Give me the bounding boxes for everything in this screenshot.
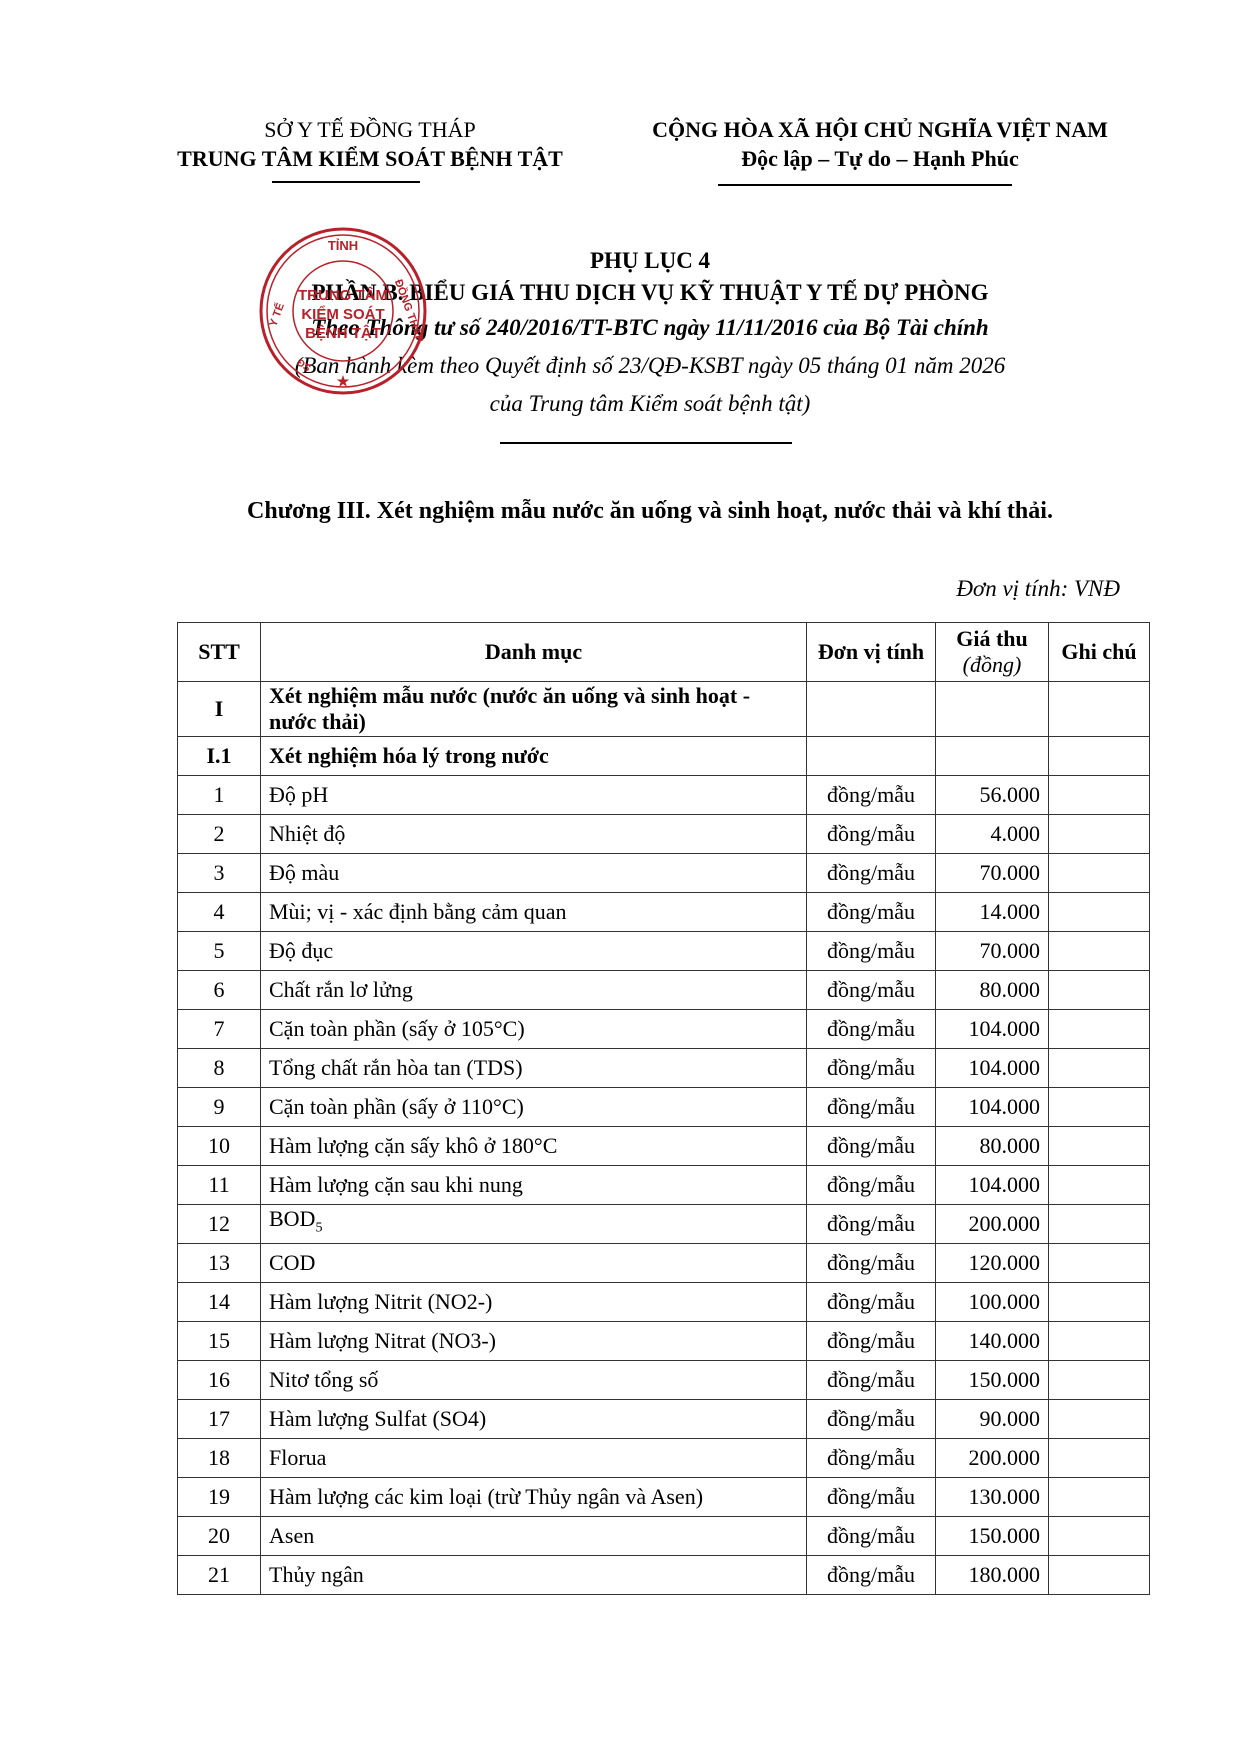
- row-name: Asen: [261, 1517, 807, 1556]
- col-unit: Đơn vị tính: [807, 623, 936, 682]
- row-stt: 5: [178, 932, 261, 971]
- table-row: 14Hàm lượng Nitrit (NO2-)đồng/mẫu100.000: [178, 1283, 1150, 1322]
- row-note: [1049, 1478, 1150, 1517]
- row-note: [1049, 1517, 1150, 1556]
- row-unit: đồng/mẫu: [807, 1439, 936, 1478]
- row-price: 70.000: [936, 854, 1049, 893]
- col-name: Danh mục: [261, 623, 807, 682]
- row-note: [1049, 776, 1150, 815]
- row-name: Độ màu: [261, 854, 807, 893]
- table-row: 9Cặn toàn phần (sấy ở 110°C)đồng/mẫu104.…: [178, 1088, 1150, 1127]
- issuing-agency: SỞ Y TẾ ĐỒNG THÁP TRUNG TÂM KIỂM SOÁT BỆ…: [120, 116, 620, 174]
- row-stt: 12: [178, 1205, 261, 1244]
- row-name: Cặn toàn phần (sấy ở 110°C): [261, 1088, 807, 1127]
- row-note: [1049, 1010, 1150, 1049]
- row-stt: 21: [178, 1556, 261, 1595]
- table-row: 11Hàm lượng cặn sau khi nungđồng/mẫu104.…: [178, 1166, 1150, 1205]
- row-price: 4.000: [936, 815, 1049, 854]
- row-unit: đồng/mẫu: [807, 1478, 936, 1517]
- row-unit: đồng/mẫu: [807, 1088, 936, 1127]
- motto: Độc lập – Tự do – Hạnh Phúc: [610, 144, 1150, 174]
- row-stt: 17: [178, 1400, 261, 1439]
- row-price: 104.000: [936, 1166, 1049, 1205]
- row-name: BOD5: [261, 1205, 807, 1244]
- row-price: 80.000: [936, 1127, 1049, 1166]
- row-unit: đồng/mẫu: [807, 1517, 936, 1556]
- row-unit: đồng/mẫu: [807, 776, 936, 815]
- row-unit: đồng/mẫu: [807, 1010, 936, 1049]
- row-name: Hàm lượng Nitrit (NO2-): [261, 1283, 807, 1322]
- row-unit: đồng/mẫu: [807, 1322, 936, 1361]
- row-stt: 6: [178, 971, 261, 1010]
- row-stt: 4: [178, 893, 261, 932]
- row-unit: đồng/mẫu: [807, 854, 936, 893]
- row-name: Độ pH: [261, 776, 807, 815]
- svg-text:Y TẾ: Y TẾ: [266, 301, 287, 328]
- row-unit: đồng/mẫu: [807, 1556, 936, 1595]
- row-stt: 18: [178, 1439, 261, 1478]
- row-name: Tổng chất rắn hòa tan (TDS): [261, 1049, 807, 1088]
- row-price: 14.000: [936, 893, 1049, 932]
- motto-underline: [718, 184, 1012, 186]
- row-price: 104.000: [936, 1010, 1049, 1049]
- row-price: 150.000: [936, 1517, 1049, 1556]
- svg-text:BỆNH TẬT: BỆNH TẬT: [305, 324, 381, 342]
- table-row: 7Cặn toàn phần (sấy ở 105°C)đồng/mẫu104.…: [178, 1010, 1150, 1049]
- row-name: Florua: [261, 1439, 807, 1478]
- row-name: Nitơ tổng số: [261, 1361, 807, 1400]
- row-price: 104.000: [936, 1088, 1049, 1127]
- col-price: Giá thu(đồng): [936, 623, 1049, 682]
- table-header-row: STT Danh mục Đơn vị tính Giá thu(đồng) G…: [178, 623, 1150, 682]
- row-stt: 3: [178, 854, 261, 893]
- row-note: [1049, 1439, 1150, 1478]
- table-row: 19Hàm lượng các kim loại (trừ Thủy ngân …: [178, 1478, 1150, 1517]
- row-note: [1049, 932, 1150, 971]
- row-stt: 19: [178, 1478, 261, 1517]
- row-price: 180.000: [936, 1556, 1049, 1595]
- row-price: 104.000: [936, 1049, 1049, 1088]
- price-table: STT Danh mục Đơn vị tính Giá thu(đồng) G…: [177, 622, 1150, 1595]
- row-note: [1049, 1556, 1150, 1595]
- row-note: [1049, 1049, 1150, 1088]
- row-name: Hàm lượng Nitrat (NO3-): [261, 1322, 807, 1361]
- row-unit: đồng/mẫu: [807, 815, 936, 854]
- row-stt: 1: [178, 776, 261, 815]
- row-unit: đồng/mẫu: [807, 1166, 936, 1205]
- row-note: [1049, 815, 1150, 854]
- row-name: Thủy ngân: [261, 1556, 807, 1595]
- row-note: [1049, 1088, 1150, 1127]
- row-unit: đồng/mẫu: [807, 971, 936, 1010]
- row-unit: đồng/mẫu: [807, 1283, 936, 1322]
- row-name: COD: [261, 1244, 807, 1283]
- table-row: 17Hàm lượng Sulfat (SO4)đồng/mẫu90.000: [178, 1400, 1150, 1439]
- table-row: 20Asenđồng/mẫu150.000: [178, 1517, 1150, 1556]
- chapter-heading: Chương III. Xét nghiệm mẫu nước ăn uống …: [180, 494, 1120, 528]
- row-price: 100.000: [936, 1283, 1049, 1322]
- row-price: 56.000: [936, 776, 1049, 815]
- table-row: 2Nhiệt độđồng/mẫu4.000: [178, 815, 1150, 854]
- table-row: 21Thủy ngânđồng/mẫu180.000: [178, 1556, 1150, 1595]
- row-note: [1049, 1127, 1150, 1166]
- official-stamp: TỈNH Y TẾ ĐỒNG THÁP TRUNG TÂM KIỂM SOÁT …: [258, 226, 428, 396]
- svg-text:TỈNH: TỈNH: [328, 238, 358, 253]
- row-price: 130.000: [936, 1478, 1049, 1517]
- row-unit: đồng/mẫu: [807, 1244, 936, 1283]
- row-unit: đồng/mẫu: [807, 1400, 936, 1439]
- row-name: Hàm lượng Sulfat (SO4): [261, 1400, 807, 1439]
- table-row: 12BOD5đồng/mẫu200.000: [178, 1205, 1150, 1244]
- row-note: [1049, 1361, 1150, 1400]
- table-row: 3Độ màuđồng/mẫu70.000: [178, 854, 1150, 893]
- row-stt: 8: [178, 1049, 261, 1088]
- title-underline: [500, 442, 792, 444]
- row-unit: đồng/mẫu: [807, 1127, 936, 1166]
- table-row: 1Độ pHđồng/mẫu56.000: [178, 776, 1150, 815]
- row-stt: 9: [178, 1088, 261, 1127]
- national-motto: CỘNG HÒA XÃ HỘI CHỦ NGHĨA VIỆT NAM Độc l…: [610, 116, 1150, 174]
- row-stt: 20: [178, 1517, 261, 1556]
- svg-text:TRUNG TÂM: TRUNG TÂM: [298, 286, 388, 304]
- row-price: 70.000: [936, 932, 1049, 971]
- row-name: Mùi; vị - xác định bằng cảm quan: [261, 893, 807, 932]
- row-unit: đồng/mẫu: [807, 1361, 936, 1400]
- table-row: 4Mùi; vị - xác định bằng cảm quanđồng/mẫ…: [178, 893, 1150, 932]
- country-name: CỘNG HÒA XÃ HỘI CHỦ NGHĨA VIỆT NAM: [610, 116, 1150, 144]
- col-stt: STT: [178, 623, 261, 682]
- row-unit: đồng/mẫu: [807, 1205, 936, 1244]
- row-note: [1049, 1205, 1150, 1244]
- table-row: 13CODđồng/mẫu120.000: [178, 1244, 1150, 1283]
- department-name: SỞ Y TẾ ĐỒNG THÁP: [120, 116, 620, 144]
- table-row: 8Tổng chất rắn hòa tan (TDS)đồng/mẫu104.…: [178, 1049, 1150, 1088]
- row-price: 90.000: [936, 1400, 1049, 1439]
- agency-underline: [272, 181, 420, 183]
- table-row: 5Độ đụcđồng/mẫu70.000: [178, 932, 1150, 971]
- row-note: [1049, 1166, 1150, 1205]
- svg-text:KIỂM SOÁT: KIỂM SOÁT: [301, 305, 384, 323]
- row-name: Hàm lượng cặn sau khi nung: [261, 1166, 807, 1205]
- row-note: [1049, 1244, 1150, 1283]
- row-name: Độ đục: [261, 932, 807, 971]
- row-stt: 11: [178, 1166, 261, 1205]
- row-stt: 13: [178, 1244, 261, 1283]
- row-note: [1049, 1322, 1150, 1361]
- row-name: Cặn toàn phần (sấy ở 105°C): [261, 1010, 807, 1049]
- table-row: 6Chất rắn lơ lửngđồng/mẫu80.000: [178, 971, 1150, 1010]
- row-note: [1049, 1400, 1150, 1439]
- row-stt: 10: [178, 1127, 261, 1166]
- row-stt: 15: [178, 1322, 261, 1361]
- table-row: 18Floruađồng/mẫu200.000: [178, 1439, 1150, 1478]
- section-row: I Xét nghiệm mẫu nước (nước ăn uống và s…: [178, 682, 1150, 737]
- row-stt: 7: [178, 1010, 261, 1049]
- table-row: 10Hàm lượng cặn sấy khô ở 180°Cđồng/mẫu8…: [178, 1127, 1150, 1166]
- row-name: Hàm lượng các kim loại (trừ Thủy ngân và…: [261, 1478, 807, 1517]
- row-price: 200.000: [936, 1439, 1049, 1478]
- table-row: 16Nitơ tổng sốđồng/mẫu150.000: [178, 1361, 1150, 1400]
- row-stt: 14: [178, 1283, 261, 1322]
- row-stt: 16: [178, 1361, 261, 1400]
- row-name: Chất rắn lơ lửng: [261, 971, 807, 1010]
- currency-unit-note: Đơn vị tính: VNĐ: [956, 576, 1120, 602]
- row-stt: 2: [178, 815, 261, 854]
- center-name: TRUNG TÂM KIỂM SOÁT BỆNH TẬT: [120, 144, 620, 174]
- row-price: 140.000: [936, 1322, 1049, 1361]
- svg-text:★: ★: [337, 373, 350, 389]
- col-note: Ghi chú: [1049, 623, 1150, 682]
- row-price: 120.000: [936, 1244, 1049, 1283]
- row-price: 80.000: [936, 971, 1049, 1010]
- row-name: Hàm lượng cặn sấy khô ở 180°C: [261, 1127, 807, 1166]
- row-note: [1049, 1283, 1150, 1322]
- row-note: [1049, 854, 1150, 893]
- row-unit: đồng/mẫu: [807, 932, 936, 971]
- row-name: Nhiệt độ: [261, 815, 807, 854]
- row-unit: đồng/mẫu: [807, 893, 936, 932]
- table-row: 15Hàm lượng Nitrat (NO3-)đồng/mẫu140.000: [178, 1322, 1150, 1361]
- row-note: [1049, 893, 1150, 932]
- row-note: [1049, 971, 1150, 1010]
- row-price: 200.000: [936, 1205, 1049, 1244]
- row-price: 150.000: [936, 1361, 1049, 1400]
- subsection-row: I.1 Xét nghiệm hóa lý trong nước: [178, 737, 1150, 776]
- row-unit: đồng/mẫu: [807, 1049, 936, 1088]
